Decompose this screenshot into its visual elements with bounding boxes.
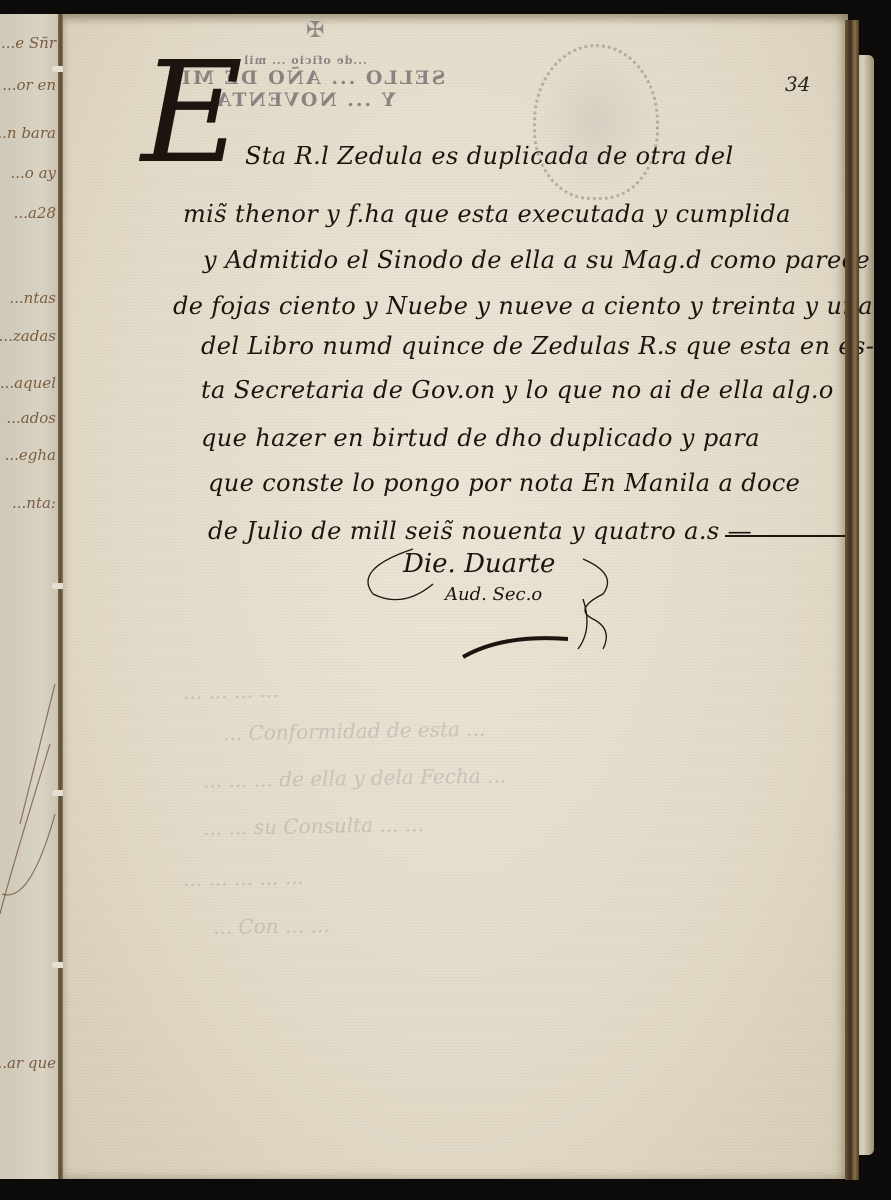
manuscript-page: ✠ ...de oficio ... mil SELLO ... AÑO DE …	[63, 14, 848, 1179]
facing-text: ...zadas	[0, 327, 56, 345]
facing-text: ...or en	[2, 76, 56, 94]
manuscript-line: y Admitido el Sinodo de ella a su Mag.d …	[203, 246, 870, 274]
signature-name: Die. Duarte	[403, 549, 555, 579]
bleed-through-line: ... Con ... ...	[213, 913, 330, 939]
manuscript-line: mis̃ thenor y f.ha que esta executada y …	[183, 200, 791, 228]
manuscript-line: Sta R.l Zedula es duplicada de otra del	[245, 142, 734, 170]
manuscript-line: de fojas ciento y Nuebe y nueve a ciento…	[173, 292, 873, 320]
signature-title: Aud. Sec.o	[445, 584, 542, 605]
facing-text: ...e Sñr	[1, 34, 56, 52]
signature-block: Die. Duarte Aud. Sec.o	[353, 539, 653, 664]
manuscript-photo: ...e Sñr ...or en ...n bara ...o ay ...a…	[0, 0, 891, 1200]
cross-icon: ✠	[306, 18, 324, 43]
facing-text: ...ados	[6, 409, 56, 427]
manuscript-line: del Libro numd quince de Zedulas R.s que…	[201, 332, 874, 360]
facing-text: ...o ay	[10, 164, 56, 182]
facing-text: ...aquel	[0, 374, 56, 392]
facing-text: ...nta:	[12, 494, 56, 512]
folio-number: 34	[785, 72, 810, 96]
page-edge	[845, 20, 859, 1180]
bleed-through-line: ... ... ... ... ...	[183, 865, 304, 891]
bleed-through-line: ... Conformidad de esta ...	[223, 717, 486, 746]
facing-flourish	[0, 674, 60, 934]
facing-text: ...a28	[14, 204, 56, 222]
decorated-initial: E	[141, 44, 243, 184]
seal-icon	[533, 44, 659, 200]
facing-text: ...ntas	[9, 289, 56, 307]
facing-text: ...ar que	[0, 1054, 56, 1072]
facing-text: ...n bara	[0, 124, 56, 142]
manuscript-line: ta Secretaria de Gov.on y lo que no ai d…	[201, 376, 834, 404]
bleed-through-line: ... ... ... ...	[183, 678, 279, 704]
bleed-through-line: ... ... ... de ella y dela Fecha ...	[203, 763, 507, 792]
facing-text: ...egha	[5, 446, 56, 464]
facing-page: ...e Sñr ...or en ...n bara ...o ay ...a…	[0, 14, 60, 1179]
manuscript-line: que conste lo pongo por nota En Manila a…	[208, 469, 800, 497]
closing-rule	[725, 535, 845, 537]
bleed-through-line: ... ... su Consulta ... ...	[203, 812, 424, 840]
manuscript-line: que hazer en birtud de dho duplicado y p…	[201, 424, 760, 452]
